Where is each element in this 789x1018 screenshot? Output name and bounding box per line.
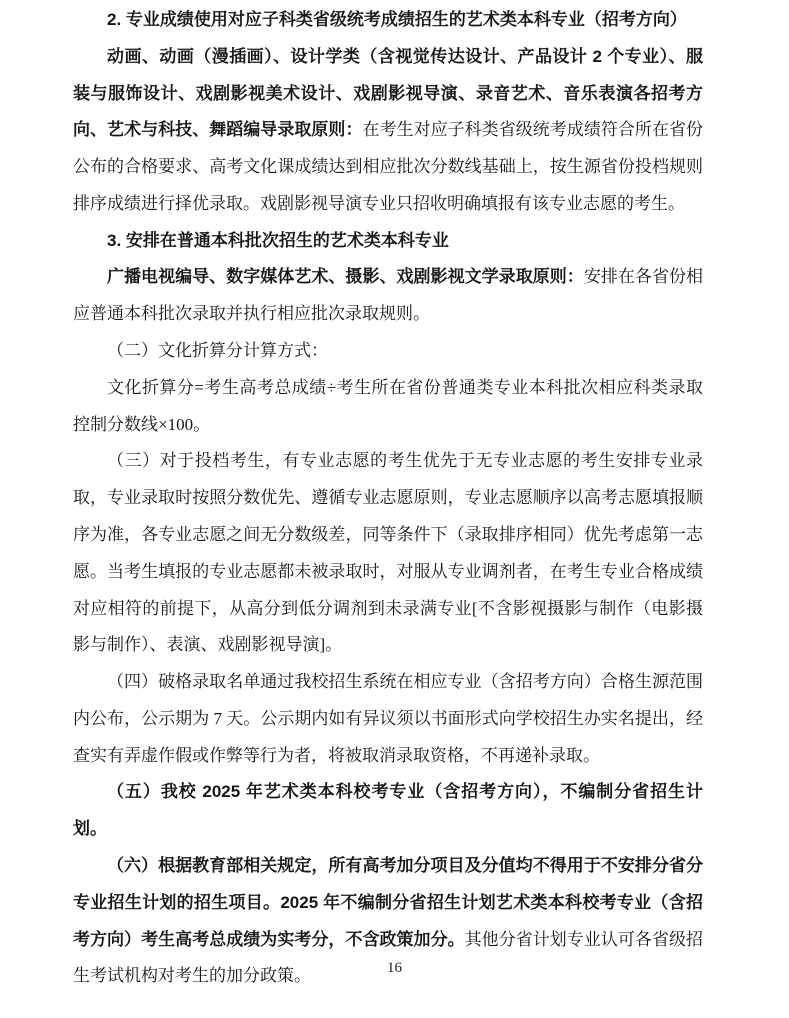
text-run: 3. 安排在普通本科批次招生的艺术类本科专业: [107, 231, 449, 250]
paragraph: （三）对于投档考生，有专业志愿的考生优先于无专业志愿的考生安排专业录取，专业录取…: [73, 443, 703, 664]
text-run: 2. 专业成绩使用对应子科类省级统考成绩招生的艺术类本科专业（招考方向）: [107, 10, 687, 29]
document-body: 2. 专业成绩使用对应子科类省级统考成绩招生的艺术类本科专业（招考方向）动画、动…: [73, 2, 703, 995]
paragraph: 广播电视编导、数字媒体艺术、摄影、戏剧影视文学录取原则：安排在各省份相应普通本科…: [73, 259, 703, 333]
text-run: 文化折算分=考生高考总成绩÷考生所在省份普通类专业本科批次相应科类录取控制分数线…: [73, 378, 703, 434]
paragraph: 2. 专业成绩使用对应子科类省级统考成绩招生的艺术类本科专业（招考方向）: [73, 2, 703, 39]
text-run: 广播电视编导、数字媒体艺术、摄影、戏剧影视文学录取原则：: [107, 267, 584, 286]
text-run: （二）文化折算分计算方式：: [107, 341, 328, 360]
paragraph: （五）我校 2025 年艺术类本科校考专业（含招考方向），不编制分省招生计划。: [73, 774, 703, 848]
document-page: 2. 专业成绩使用对应子科类省级统考成绩招生的艺术类本科专业（招考方向）动画、动…: [0, 0, 789, 1018]
paragraph: 文化折算分=考生高考总成绩÷考生所在省份普通类专业本科批次相应科类录取控制分数线…: [73, 370, 703, 444]
text-run: （四）破格录取名单通过我校招生系统在相应专业（含招考方向）合格生源范围内公布，公…: [73, 672, 703, 765]
paragraph: 动画、动画（漫插画）、设计学类（含视觉传达设计、产品设计 2 个专业）、服装与服…: [73, 39, 703, 223]
paragraph: （四）破格录取名单通过我校招生系统在相应专业（含招考方向）合格生源范围内公布，公…: [73, 664, 703, 774]
paragraph: （二）文化折算分计算方式：: [73, 333, 703, 370]
page-number: 16: [0, 960, 789, 977]
text-run: （五）我校 2025 年艺术类本科校考专业（含招考方向），不编制分省招生计划。: [73, 782, 703, 838]
text-run: （三）对于投档考生，有专业志愿的考生优先于无专业志愿的考生安排专业录取，专业录取…: [73, 451, 703, 654]
paragraph: 3. 安排在普通本科批次招生的艺术类本科专业: [73, 223, 703, 260]
